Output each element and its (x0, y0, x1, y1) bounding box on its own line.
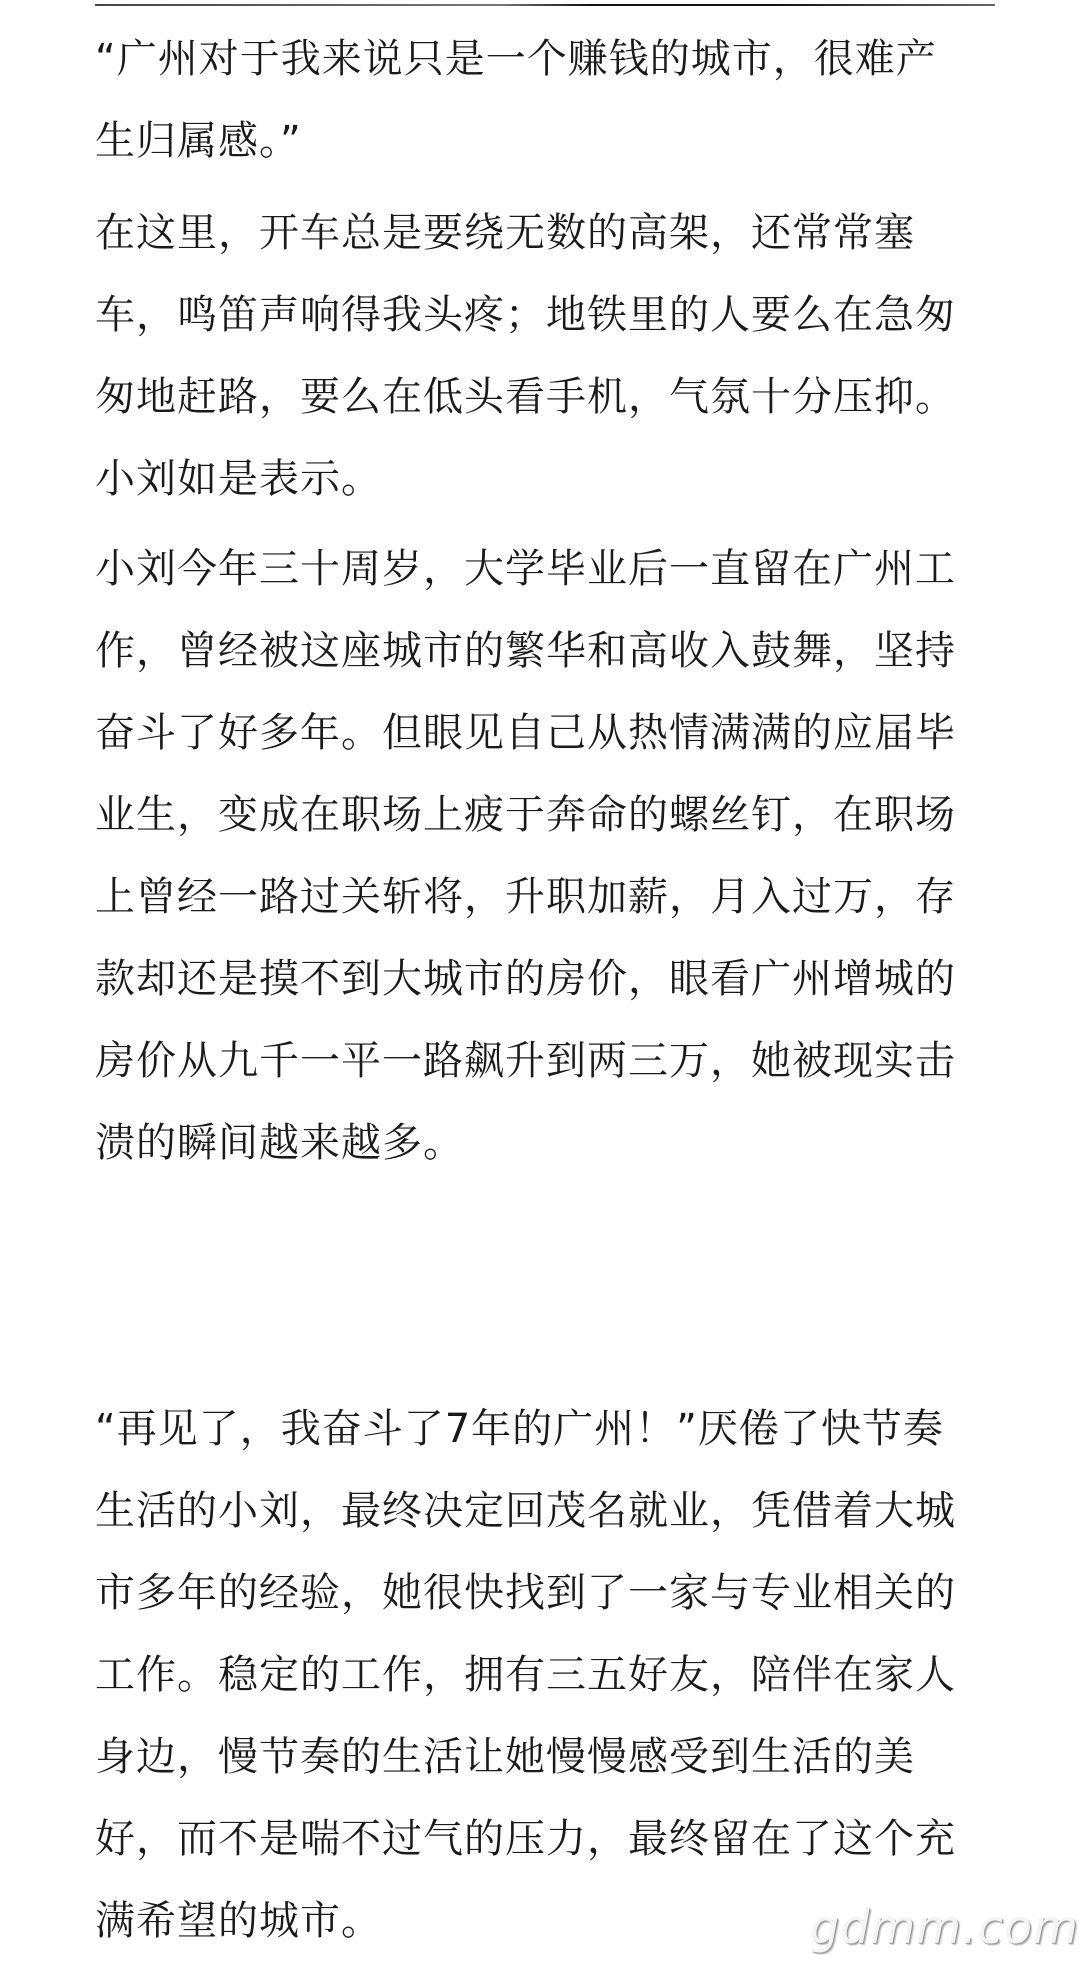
text-line: 作，曾经被这座城市的繁华和高收入鼓舞，坚持 (95, 610, 995, 692)
paragraph-return-home: “再见了，我奋斗了7年的广州！”厌倦了快节奏 生活的小刘，最终决定回茂名就业，凭… (95, 1388, 995, 1962)
text-line: 市多年的经验，她很快找到了一家与专业相关的 (95, 1552, 995, 1634)
text-line: 好，而不是喘不过气的压力，最终留在了这个充 (95, 1798, 995, 1880)
text-line: 身边，慢节奏的生活让她慢慢感受到生活的美 (95, 1716, 995, 1798)
text-line: 小刘如是表示。 (95, 438, 995, 520)
text-line: 奋斗了好多年。但眼见自己从热情满满的应届毕 (95, 692, 995, 774)
text-line: 小刘今年三十周岁，大学毕业后一直留在广州工 (95, 528, 995, 610)
text-line: 房价从九千一平一路飙升到两三万，她被现实击 (95, 1020, 995, 1102)
text-line: 业生，变成在职场上疲于奔命的螺丝钉，在职场 (95, 774, 995, 856)
text-line: “再见了，我奋斗了7年的广州！”厌倦了快节奏 (95, 1388, 995, 1470)
text-line: 生归属感。” (95, 100, 995, 182)
text-line: 在这里，开车总是要绕无数的高架，还常常塞 (95, 192, 995, 274)
text-line: 上曾经一路过关斩将，升职加薪，月入过万，存 (95, 856, 995, 938)
paragraph-commute: 在这里，开车总是要绕无数的高架，还常常塞 车，鸣笛声响得我头疼；地铁里的人要么在… (95, 192, 995, 520)
text-line: “广州对于我来说只是一个赚钱的城市，很难产 (95, 18, 995, 100)
watermark: gdmm.com (810, 1900, 1079, 1954)
text-line: 匆地赶路，要么在低头看手机，气氛十分压抑。 (95, 356, 995, 438)
paragraph-quote: “广州对于我来说只是一个赚钱的城市，很难产 生归属感。” (95, 18, 995, 182)
top-divider (95, 4, 995, 6)
text-line: 车，鸣笛声响得我头疼；地铁里的人要么在急匆 (95, 274, 995, 356)
text-line: 溃的瞬间越来越多。 (95, 1102, 995, 1184)
text-line: 款却还是摸不到大城市的房价，眼看广州增城的 (95, 938, 995, 1020)
text-line: 生活的小刘，最终决定回茂名就业，凭借着大城 (95, 1470, 995, 1552)
text-line: 工作。稳定的工作，拥有三五好友，陪伴在家人 (95, 1634, 995, 1716)
paragraph-background: 小刘今年三十周岁，大学毕业后一直留在广州工 作，曾经被这座城市的繁华和高收入鼓舞… (95, 528, 995, 1184)
